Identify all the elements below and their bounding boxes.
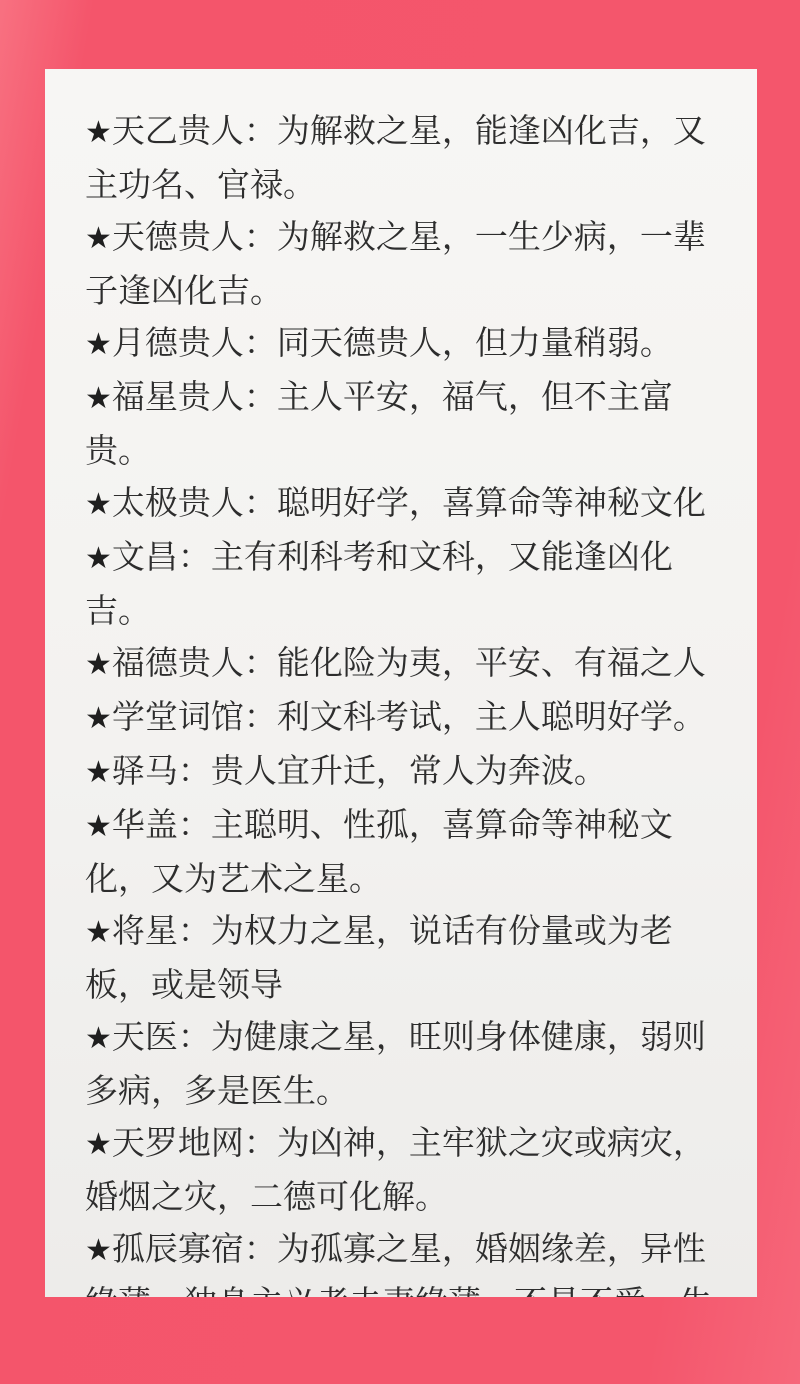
entry-colon: ： bbox=[178, 912, 211, 949]
entry-yuede-guiren: ★月德贵人：同天德贵人，但力量稍弱。 bbox=[85, 317, 719, 371]
star-icon: ★ bbox=[85, 1022, 112, 1055]
entry-term: 学堂词馆 bbox=[112, 698, 244, 735]
entry-colon: ： bbox=[244, 324, 277, 361]
entry-tianyi-doctor: ★天医：为健康之星，旺则身体健康，弱则多病，多是医生。 bbox=[85, 1011, 719, 1117]
star-icon: ★ bbox=[85, 116, 112, 149]
entry-term: 福星贵人 bbox=[112, 378, 244, 415]
star-icon: ★ bbox=[85, 328, 112, 361]
entry-wenchang: ★文昌：主有利科考和文科，又能逢凶化吉。 bbox=[85, 531, 719, 637]
star-icon: ★ bbox=[85, 488, 112, 521]
entry-term: 驿马 bbox=[112, 752, 178, 789]
entry-huagai: ★华盖：主聪明、性孤，喜算命等神秘文化，又为艺术之星。 bbox=[85, 799, 719, 905]
entry-colon: ： bbox=[244, 644, 277, 681]
star-icon: ★ bbox=[85, 648, 112, 681]
entry-term: 太极贵人 bbox=[112, 484, 244, 521]
entry-desc: 聪明好学，喜算命等神秘文化 bbox=[277, 484, 706, 521]
entry-term: 孤辰寡宿 bbox=[112, 1230, 244, 1267]
text-card: ★天乙贵人：为解救之星，能逢凶化吉，又主功名、官禄。 ★天德贵人：为解救之星，一… bbox=[45, 69, 757, 1297]
star-icon: ★ bbox=[85, 916, 112, 949]
entry-desc: 利文科考试，主人聪明好学。 bbox=[277, 698, 706, 735]
entry-tiande-guiren: ★天德贵人：为解救之星，一生少病，一辈子逢凶化吉。 bbox=[85, 211, 719, 317]
entry-term: 天德贵人 bbox=[112, 218, 244, 255]
entry-fude-guiren: ★福德贵人：能化险为夷，平安、有福之人 bbox=[85, 637, 719, 691]
entry-colon: ： bbox=[178, 538, 211, 575]
entry-desc: 同天德贵人，但力量稍弱。 bbox=[277, 324, 673, 361]
star-icon: ★ bbox=[85, 542, 112, 575]
entry-colon: ： bbox=[178, 1018, 211, 1055]
entry-colon: ： bbox=[244, 218, 277, 255]
entry-colon: ： bbox=[244, 1124, 277, 1161]
entry-tianluo-diwang: ★天罗地网：为凶神，主牢狱之灾或病灾，婚烟之灾，二德可化解。 bbox=[85, 1117, 719, 1223]
entry-colon: ： bbox=[244, 698, 277, 735]
entry-term: 天罗地网 bbox=[112, 1124, 244, 1161]
star-icon: ★ bbox=[85, 702, 112, 735]
entry-colon: ： bbox=[178, 806, 211, 843]
entry-taiji-guiren: ★太极贵人：聪明好学，喜算命等神秘文化 bbox=[85, 477, 719, 531]
entry-tianyi-guiren: ★天乙贵人：为解救之星，能逢凶化吉，又主功名、官禄。 bbox=[85, 105, 719, 211]
entry-fuxing-guiren: ★福星贵人：主人平安，福气，但不主富贵。 bbox=[85, 371, 719, 477]
page-background: ★天乙贵人：为解救之星，能逢凶化吉，又主功名、官禄。 ★天德贵人：为解救之星，一… bbox=[0, 0, 800, 1384]
entry-desc: 贵人宜升迁，常人为奔波。 bbox=[211, 752, 607, 789]
star-icon: ★ bbox=[85, 810, 112, 843]
star-icon: ★ bbox=[85, 1234, 112, 1267]
entry-xuetang-ciguan: ★学堂词馆：利文科考试，主人聪明好学。 bbox=[85, 691, 719, 745]
star-icon: ★ bbox=[85, 756, 112, 789]
entry-term: 将星 bbox=[112, 912, 178, 949]
entry-colon: ： bbox=[244, 378, 277, 415]
entry-colon: ： bbox=[178, 752, 211, 789]
entry-term: 福德贵人 bbox=[112, 644, 244, 681]
entry-colon: ： bbox=[244, 112, 277, 149]
entry-term: 天乙贵人 bbox=[112, 112, 244, 149]
entry-colon: ： bbox=[244, 484, 277, 521]
entry-term: 天医 bbox=[112, 1018, 178, 1055]
entry-desc: 能化险为夷，平安、有福之人 bbox=[277, 644, 706, 681]
star-icon: ★ bbox=[85, 222, 112, 255]
entry-colon: ： bbox=[244, 1230, 277, 1267]
entry-jiangxing: ★将星：为权力之星，说话有份量或为老板，或是领导 bbox=[85, 905, 719, 1011]
entry-term: 华盖 bbox=[112, 806, 178, 843]
entry-term: 月德贵人 bbox=[112, 324, 244, 361]
entry-term: 文昌 bbox=[112, 538, 178, 575]
star-icon: ★ bbox=[85, 382, 112, 415]
entry-yima: ★驿马：贵人宜升迁，常人为奔波。 bbox=[85, 745, 719, 799]
entry-guchen-guasu: ★孤辰寡宿：为孤寡之星，婚姻缘差，异性缘薄，独身主义者夫妻缘薄，不是不爱，生性孤… bbox=[85, 1223, 719, 1297]
star-icon: ★ bbox=[85, 1128, 112, 1161]
